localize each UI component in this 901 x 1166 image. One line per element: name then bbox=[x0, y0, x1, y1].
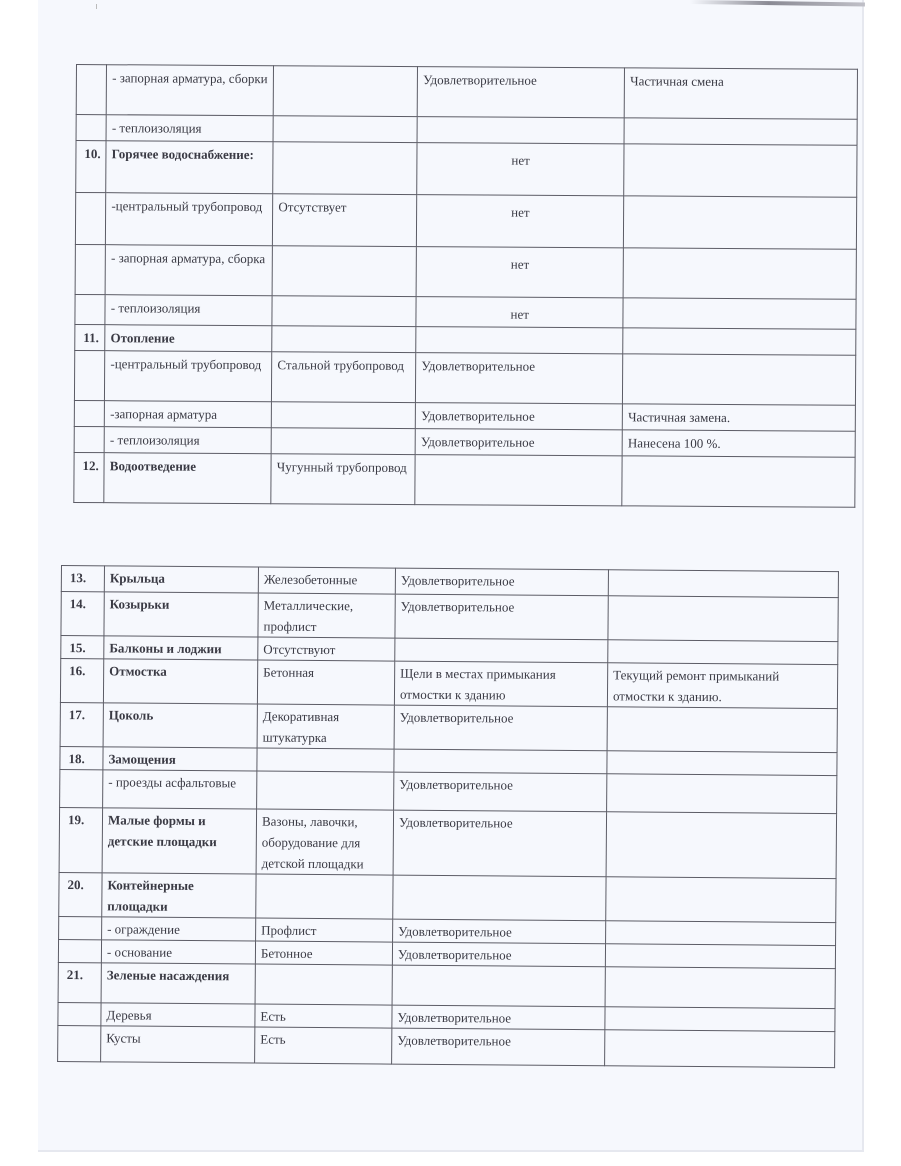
condition-cell: нет bbox=[416, 297, 623, 328]
action-cell bbox=[624, 144, 857, 197]
table-row: -запорная арматураУдовлетворительноеЧаст… bbox=[74, 400, 855, 431]
condition-cell: Удовлетворительное bbox=[392, 942, 605, 967]
element-name: - проезды асфальтовые bbox=[103, 770, 257, 809]
condition-cell bbox=[416, 327, 623, 354]
material-cell bbox=[272, 296, 416, 327]
material-cell: Железобетонные bbox=[258, 567, 395, 594]
element-name: Крыльца bbox=[104, 566, 258, 593]
material-cell: Стальной трубопровод bbox=[272, 352, 416, 403]
material-cell bbox=[256, 874, 393, 919]
action-cell bbox=[623, 248, 856, 299]
table-row: 16.ОтмосткаБетоннаяЩели в местах примыка… bbox=[60, 659, 837, 709]
row-number: 16. bbox=[60, 659, 103, 703]
element-name: - теплоизоляция bbox=[104, 427, 271, 454]
action-cell bbox=[606, 921, 836, 946]
element-name: Горячее водоснабжение: bbox=[106, 141, 273, 194]
action-cell bbox=[605, 944, 835, 969]
material-cell: Бетонное bbox=[255, 941, 392, 965]
condition-cell: Удовлетворительное bbox=[415, 429, 622, 456]
action-cell bbox=[623, 298, 856, 329]
row-number bbox=[76, 115, 106, 141]
action-cell bbox=[607, 774, 837, 814]
action-cell bbox=[624, 118, 857, 145]
action-cell bbox=[606, 877, 836, 923]
material-cell bbox=[272, 402, 416, 429]
condition-cell: Удовлетворительное bbox=[392, 1005, 605, 1030]
element-name: - теплоизоляция bbox=[105, 295, 272, 326]
material-cell bbox=[255, 964, 392, 1005]
action-cell bbox=[605, 967, 835, 1009]
material-cell: Чугунный трубопровод bbox=[271, 454, 415, 505]
material-cell: Есть bbox=[255, 1027, 392, 1064]
row-number: 18. bbox=[60, 746, 103, 769]
table-row: 10.Горячее водоснабжение:нет bbox=[76, 141, 858, 198]
element-name: - запорная арматура, сборки bbox=[106, 65, 273, 116]
material-cell bbox=[272, 246, 416, 297]
material-cell: Отсутствуют bbox=[258, 637, 395, 661]
action-cell: Частичная смена bbox=[624, 68, 857, 119]
element-name: Контейнерные площадки bbox=[102, 873, 256, 918]
row-number: 20. bbox=[59, 872, 102, 916]
row-number bbox=[58, 1025, 101, 1061]
action-cell bbox=[623, 354, 856, 405]
row-number bbox=[76, 65, 107, 115]
action-cell bbox=[605, 1007, 835, 1032]
element-name: Цоколь bbox=[103, 703, 257, 748]
action-cell bbox=[608, 640, 838, 665]
table-row: 20.Контейнерные площадки bbox=[59, 872, 836, 922]
element-name: Деревья bbox=[101, 1003, 255, 1027]
action-cell bbox=[624, 196, 857, 249]
row-number bbox=[75, 193, 106, 245]
table-row: -центральный трубопроводСтальной трубопр… bbox=[74, 350, 856, 405]
material-cell bbox=[257, 748, 394, 772]
table-row: - запорная арматура, сборкиУдовлетворите… bbox=[76, 65, 858, 120]
inspection-table-exterior: 13.КрыльцаЖелезобетонныеУдовлетворительн… bbox=[57, 565, 839, 1068]
row-number bbox=[58, 939, 101, 962]
condition-cell: Удовлетворительное bbox=[394, 772, 607, 812]
scan-speck bbox=[96, 4, 97, 9]
material-cell bbox=[273, 142, 417, 195]
material-cell: Профлист bbox=[256, 918, 393, 942]
action-cell bbox=[607, 707, 837, 753]
condition-cell: Удовлетворительное bbox=[395, 594, 608, 640]
material-cell bbox=[271, 428, 415, 455]
table-body: - запорная арматура, сборкиУдовлетворите… bbox=[74, 65, 858, 508]
condition-cell: Удовлетворительное bbox=[395, 568, 608, 596]
row-number bbox=[59, 916, 102, 939]
condition-cell: Удовлетворительное bbox=[393, 919, 606, 944]
material-cell: Отсутствует bbox=[273, 194, 417, 247]
material-cell bbox=[273, 116, 417, 143]
action-cell: Нанесена 100 %. bbox=[622, 430, 855, 457]
table-row: - теплоизоляцияУдовлетворительноеНанесен… bbox=[74, 426, 855, 457]
action-cell bbox=[605, 1030, 835, 1068]
condition-cell: нет bbox=[417, 143, 624, 196]
row-number bbox=[75, 294, 105, 324]
row-number bbox=[60, 769, 103, 807]
row-number bbox=[75, 244, 106, 294]
table-row: 12.ВодоотведениеЧугунный трубопровод bbox=[74, 452, 856, 507]
element-name: - ограждение bbox=[102, 917, 256, 941]
table-row: 21.Зеленые насаждения bbox=[58, 962, 835, 1008]
element-name: Малые формы и детские площадки bbox=[102, 808, 257, 874]
material-cell bbox=[272, 326, 416, 353]
condition-cell: Удовлетворительное bbox=[416, 403, 623, 430]
element-name: Кусты bbox=[101, 1026, 255, 1063]
element-name: Козырьки bbox=[104, 592, 258, 637]
element-name: - запорная арматура, сборка bbox=[105, 245, 272, 296]
material-cell bbox=[273, 66, 417, 117]
table-row: 17.ЦокольДекоративная штукатуркаУдовлетв… bbox=[60, 702, 837, 752]
element-name: Замощения bbox=[103, 747, 257, 771]
action-cell: Текущий ремонт примыканий отмостки к зда… bbox=[607, 663, 837, 709]
row-number bbox=[74, 426, 104, 452]
condition-cell: Щели в местах примыкания отмостки к здан… bbox=[394, 661, 607, 707]
condition-cell: Удовлетворительное bbox=[393, 810, 607, 877]
element-name: -центральный трубопровод bbox=[106, 193, 273, 246]
table-row: - проезды асфальтовыеУдовлетворительное bbox=[60, 769, 837, 813]
row-number: 17. bbox=[60, 702, 103, 746]
condition-cell bbox=[393, 875, 606, 921]
condition-cell bbox=[395, 638, 608, 663]
action-cell bbox=[606, 812, 837, 879]
condition-cell: Удовлетворительное bbox=[394, 705, 607, 751]
row-number: 13. bbox=[61, 566, 104, 592]
action-cell: Частичная замена. bbox=[623, 404, 856, 431]
condition-cell: Удовлетворительное bbox=[417, 67, 624, 118]
action-cell bbox=[608, 596, 838, 642]
condition-cell: Удовлетворительное bbox=[392, 1028, 605, 1066]
row-number bbox=[74, 400, 104, 426]
condition-cell bbox=[417, 117, 624, 144]
table-row: -центральный трубопроводОтсутствуетнет bbox=[75, 193, 857, 250]
material-cell bbox=[257, 771, 394, 810]
element-name: Балконы и лоджии bbox=[104, 636, 258, 660]
row-number: 19. bbox=[59, 807, 103, 872]
row-number: 15. bbox=[61, 636, 104, 659]
material-cell: Металлические, профлист bbox=[258, 593, 395, 638]
row-number bbox=[74, 350, 105, 400]
action-cell bbox=[607, 751, 837, 776]
element-name: Зеленые насаждения bbox=[101, 963, 255, 1004]
element-name: - основание bbox=[101, 940, 255, 964]
inspection-table-utilities: - запорная арматура, сборкиУдовлетворите… bbox=[73, 64, 858, 508]
condition-cell: Удовлетворительное bbox=[416, 353, 623, 404]
condition-cell bbox=[394, 749, 607, 774]
element-name: -центральный трубопровод bbox=[105, 351, 272, 402]
element-name: Отопление bbox=[105, 325, 272, 352]
material-cell: Есть bbox=[255, 1004, 392, 1028]
action-cell bbox=[623, 328, 856, 355]
table-row: - запорная арматура, сборканет bbox=[75, 244, 857, 299]
row-number: 10. bbox=[76, 141, 107, 193]
condition-cell bbox=[392, 965, 605, 1007]
row-number: 21. bbox=[58, 962, 101, 1002]
table-body: 13.КрыльцаЖелезобетонныеУдовлетворительн… bbox=[58, 566, 839, 1068]
condition-cell: нет bbox=[416, 247, 623, 298]
table-row: 14.КозырькиМеталлические, профлистУдовле… bbox=[61, 592, 838, 642]
element-name: Отмостка bbox=[103, 659, 257, 704]
condition-cell: нет bbox=[417, 195, 624, 248]
table-row: КустыЕстьУдовлетворительное bbox=[58, 1025, 835, 1067]
table-row: 19.Малые формы и детские площадкиВазоны,… bbox=[59, 807, 836, 878]
table-row: - теплоизоляциянет bbox=[75, 294, 856, 329]
action-cell bbox=[622, 456, 855, 507]
condition-cell bbox=[415, 455, 622, 506]
action-cell bbox=[608, 570, 838, 598]
table-row: - теплоизоляция bbox=[76, 115, 857, 146]
element-name: Водоотведение bbox=[104, 453, 271, 504]
element-name: -запорная арматура bbox=[105, 401, 272, 428]
row-number bbox=[58, 1002, 101, 1025]
material-cell: Бетонная bbox=[257, 660, 394, 705]
material-cell: Декоративная штукатурка bbox=[257, 704, 394, 749]
row-number: 12. bbox=[74, 452, 105, 502]
row-number: 11. bbox=[75, 324, 105, 350]
row-number: 14. bbox=[61, 592, 104, 636]
element-name: - теплоизоляция bbox=[106, 115, 273, 142]
material-cell: Вазоны, лавочки, оборудование для детско… bbox=[256, 809, 394, 875]
